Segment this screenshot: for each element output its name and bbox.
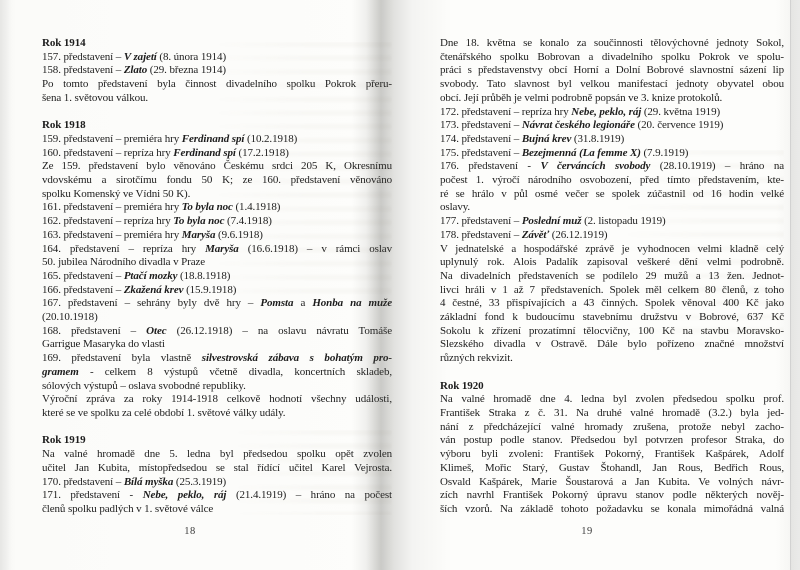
text-line: Výroční zpráva za roky 1914-1918 celkově… [42,393,392,407]
text-line: 177. představení – Poslední muž (2. list… [440,215,784,229]
text-line: práci s představenstvy obcí Horní a Doln… [440,64,784,78]
text-line: počest 1. výročí národního osvobození, p… [440,174,784,188]
page-text: Rok 1914157. představení – V zajetí (8. … [42,37,392,517]
text-line: Na valné hromadě dne 5. ledna byl předse… [42,448,392,462]
text-line: 169. představení byla vlastně silvestrov… [42,352,392,366]
text-line: livci hráli v 1 až 7 představeních. Spol… [440,284,784,298]
text-line: František Straka z č. 31. Na druhé valné… [440,407,784,421]
text-line [42,421,392,435]
text-line: Rok 1920 [440,380,784,394]
text-line: ré se hrálo v půl osmé večer se spolek z… [440,188,784,202]
text-line: 178. představení – Závěť (26.12.1919) [440,229,784,243]
text-line: obcí. Její průběh je velmi podrobně pops… [440,92,784,106]
text-line: 175. představení – Bezejmenná (La femme … [440,147,784,161]
page-edge [790,0,800,570]
text-line [440,366,784,380]
page-number-left: 18 [160,526,220,537]
text-line: 159. představení – premiéra hry Ferdinan… [42,133,392,147]
text-line: 171. představení - Nebe, peklo, ráj (21.… [42,489,392,503]
text-line: 170. představení – Bílá myška (25.3.1919… [42,476,392,490]
book-page-left: Rok 1914157. představení – V zajetí (8. … [42,37,392,517]
text-line: výboru byli zvoleni: František Pokorný, … [440,448,784,462]
text-line: nání z předcházející valné hromady zruše… [440,421,784,435]
text-line: Sokolu k zřízení prozatímní tělocvičny, … [440,325,784,339]
text-line: vdovskému a sirotčímu fondu 50 K; ze 160… [42,174,392,188]
text-line [42,106,392,120]
text-line: Dne 18. května se konalo za součinnosti … [440,37,784,51]
text-line: 157. představení – V zajetí (8. února 19… [42,51,392,65]
text-line: gramem - celkem 8 výstupů včetně divadla… [42,366,392,380]
text-line: ván postup podle stanov. Předsedou byl p… [440,434,784,448]
text-line: Rok 1914 [42,37,392,51]
book-page-right: Dne 18. května se konalo za součinnosti … [440,37,784,517]
text-line: 166. představení – Zkažená krev (15.9.19… [42,284,392,298]
text-line: sólových výstupů – oslava svobodné repub… [42,380,392,394]
text-line: 168. představení – Otec (26.12.1918) – n… [42,325,392,339]
text-line: 174. představení – Bujná krev (31.8.1919… [440,133,784,147]
text-line: ších vzorů. Na základě tohoto požadavku … [440,503,784,517]
text-line: V jednatelské a hospodářské zprávě je vy… [440,243,784,257]
text-line: Osvald Kašpárek, Marie Šoustarová a Jan … [440,476,784,490]
text-line: různých rekvizit. [440,352,784,366]
text-line: 158. představení – Zlato (29. března 191… [42,64,392,78]
text-line: svobody. Tato slavnost byl velkou manife… [440,78,784,92]
text-line: šena 1. světovou válkou. [42,92,392,106]
page-text: Dne 18. května se konalo za součinnosti … [440,37,784,517]
text-line: 161. představení – premiéra hry To byla … [42,201,392,215]
text-line: Rok 1918 [42,119,392,133]
text-line: 176. představení - V červáncích svobody … [440,160,784,174]
text-line: Klimeš, Mořic Starý, Gustav Štohandl, Ja… [440,462,784,476]
text-line: 50. jubilea Národního divadla v Praze [42,256,392,270]
text-line: Po tomto představení byla činnost divade… [42,78,392,92]
text-line: Rok 1919 [42,434,392,448]
page-number-right: 19 [557,526,617,537]
text-line: 172. představení – repríza hry Nebe, pek… [440,106,784,120]
text-line: Na divadelních představeních se podílelo… [440,270,784,284]
scan-left-edge [0,0,12,570]
text-line: uplynulý rok. Alois Padalík zapisoval ve… [440,256,784,270]
text-line: členů spolku padlých v 1. světové válce [42,503,392,517]
text-line: zích navrhl František Pokorný úpravu sta… [440,489,784,503]
text-line: Ze 159. představení bylo věnováno Českém… [42,160,392,174]
text-line: základní fond k budoucímu stavebnímu dru… [440,311,784,325]
text-line: 4 čestné, 33 přispívajících a 43 činných… [440,297,784,311]
text-line: Slezského divadla v Ostravě. Dále bylo p… [440,338,784,352]
text-line: čtenářského spolku Bobrovan a divadelníh… [440,51,784,65]
text-line: 165. představení – Ptačí mozky (18.8.191… [42,270,392,284]
text-line: učitel Jan Kubita, místopředsedou se sta… [42,462,392,476]
text-line: spolku Komenský ve Vídni 50 K). [42,188,392,202]
text-line: 162. představení – repríza hry To byla n… [42,215,392,229]
text-line: Garrigue Masaryka do vlasti [42,338,392,352]
text-line: 160. představení – repríza hry Ferdinand… [42,147,392,161]
text-line: (20.10.1918) [42,311,392,325]
text-line: 163. představení – premiéra hry Maryša (… [42,229,392,243]
book-scan: Rok 1914157. představení – V zajetí (8. … [0,0,800,570]
text-line: Na valné hromadě dne 4. ledna byl zvolen… [440,393,784,407]
text-line: oslavy. [440,201,784,215]
text-line: které se ve spolku za celé období 1. svě… [42,407,392,421]
text-line: 164. představení – repríza hry Maryša (1… [42,243,392,257]
text-line: 173. představení – Návrat českého legion… [440,119,784,133]
text-line: 167. představení – sehrány byly dvě hry … [42,297,392,311]
